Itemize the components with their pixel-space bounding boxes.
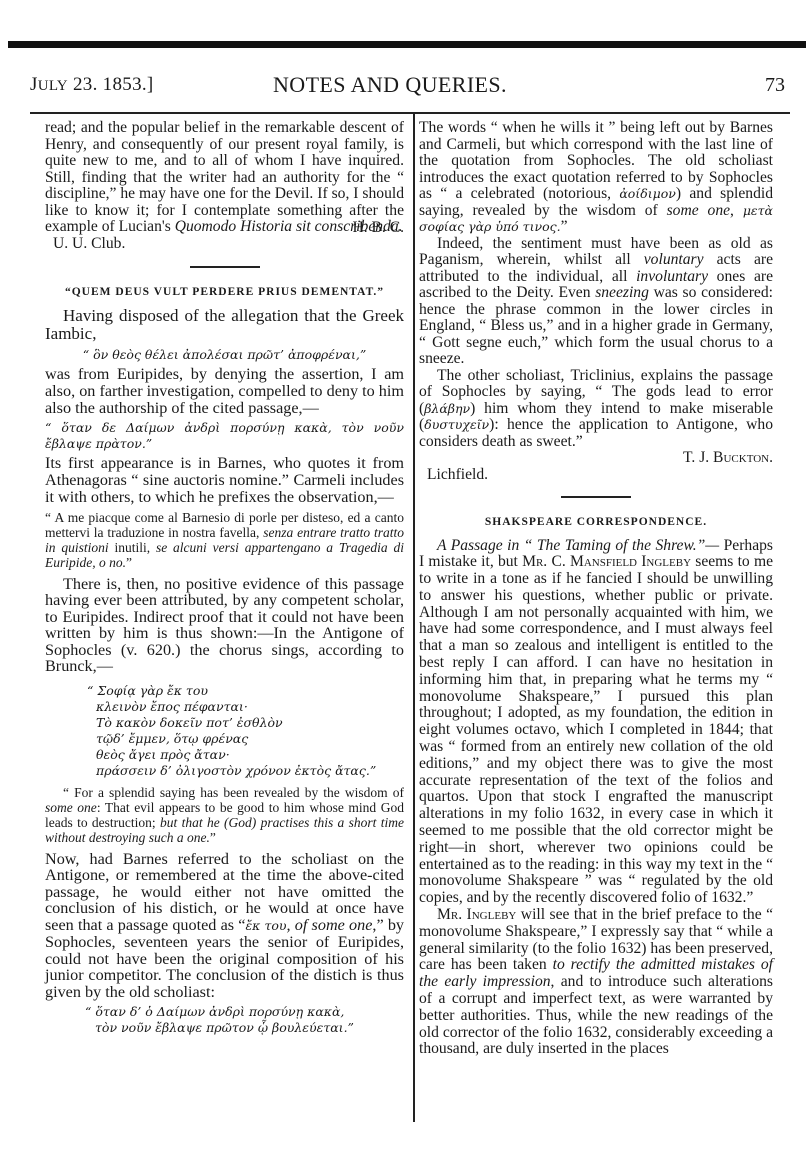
header-rule xyxy=(30,112,790,114)
paragraph: The other scholiast, Triclinius, explain… xyxy=(419,368,773,451)
paragraph: Having disposed of the allegation that t… xyxy=(45,307,404,343)
translation-quote: “ For a splendid saying has been reveale… xyxy=(45,785,404,845)
place-line: U. U. Club. xyxy=(45,236,404,253)
greek-quote: “ ὅταν δε Δαίμων ἀνδρὶ πορσύνῃ κακὰ, τὸν… xyxy=(45,420,404,452)
column-divider xyxy=(413,114,415,1122)
italic-text: A Passage in “ The Taming of the Shrew.”… xyxy=(437,537,719,554)
greek-text: δυστυχεῖν xyxy=(424,417,489,432)
paragraph: Now, had Barnes referred to the scholias… xyxy=(45,851,404,1001)
verse-line: κλεινὸν ἔπος πέφανται· xyxy=(87,699,404,715)
paragraph: was from Euripides, by denying the asser… xyxy=(45,366,404,417)
page-number: 73 xyxy=(765,74,785,97)
place-line: Lichfield. xyxy=(419,467,773,484)
italic-text: sneezing xyxy=(595,284,649,301)
italic-text: , of some one xyxy=(287,916,373,934)
greek-text: βλάβην xyxy=(424,401,470,416)
paragraph: There is, then, no positive evidence of … xyxy=(45,576,404,675)
verse-line: πράσσειν δ’ ὀλιγοστὸν χρόνον ἐκτὸς ἄτας.… xyxy=(87,763,404,779)
paragraph: Its first appearance is in Barnes, who q… xyxy=(45,455,404,506)
text: T. J. B xyxy=(683,449,723,466)
small-caps-text: uckton. xyxy=(723,449,773,466)
paragraph: A Passage in “ The Taming of the Shrew.”… xyxy=(419,538,773,908)
italian-quote: “ A me piacque come al Barnesio di porle… xyxy=(45,510,404,570)
paragraph: read; and the popular belief in the rema… xyxy=(45,120,404,236)
italic-text: some one xyxy=(667,202,730,219)
text: “ For a splendid saying has been reveale… xyxy=(63,785,404,800)
section-title: SHAKSPEARE CORRESPONDENCE. xyxy=(419,514,773,531)
paragraph: The words “ when he wills it ” being lef… xyxy=(419,120,773,236)
small-caps-name: Mr. C. Mansfield Ingleby xyxy=(522,553,691,570)
text: ” xyxy=(210,830,216,845)
text: , xyxy=(730,202,743,219)
top-rule xyxy=(8,41,806,48)
left-column: read; and the popular belief in the rema… xyxy=(45,120,404,1036)
greek-quote: “ ὅταν δ’ ὁ Δαίμων ἀνδρὶ πορσύνῃ κακὰ, τ… xyxy=(85,1004,404,1036)
date-month-rest: ULY xyxy=(38,78,68,94)
greek-text: ἔκ του xyxy=(245,918,286,933)
date-number: 23. 1853.] xyxy=(68,74,154,95)
italic-text: voluntary xyxy=(644,251,704,268)
italic-text: involuntary xyxy=(636,268,708,285)
running-head: JULY 23. 1853.] NOTES AND QUERIES. 73 xyxy=(30,74,785,104)
publication-title: NOTES AND QUERIES. xyxy=(273,72,507,98)
greek-verse: “ Σοφίᾳ γὰρ ἔκ του κλεινὸν ἔπος πέφανται… xyxy=(87,683,404,779)
text: seems to me to write in a tone as if he … xyxy=(419,553,773,906)
section-rule xyxy=(190,266,260,268)
signature: T. J. Buckton. xyxy=(419,450,773,467)
date-initial: J xyxy=(30,74,38,95)
verse-line: “ Σοφίᾳ γὰρ ἔκ του xyxy=(87,683,404,699)
issue-date: JULY 23. 1853.] xyxy=(30,74,154,96)
verse-line: τῷδ’ ἔμμεν, ὅτῳ φρένας xyxy=(87,731,404,747)
text: ” xyxy=(126,555,132,570)
italic-text: some one xyxy=(45,800,97,815)
verse-line: θεὸς ἄγει πρὸς ἄταν· xyxy=(87,747,404,763)
verse-line: τὸν νοῦν ἔβλαψε πρῶτον ᾧ βουλεύεται.” xyxy=(85,1020,404,1036)
paragraph: Mr. Ingleby will see that in the brief p… xyxy=(419,907,773,1058)
section-rule xyxy=(561,496,631,498)
right-column: The words “ when he wills it ” being lef… xyxy=(419,120,773,1058)
text: inutili, xyxy=(109,540,156,555)
small-caps-name: Mr. Ingleby xyxy=(437,906,516,923)
section-title: “QUEM DEUS VULT PERDERE PRIUS DEMENTAT.” xyxy=(45,284,404,301)
greek-text: ἀοίδιμον xyxy=(619,186,676,201)
text: ” xyxy=(561,218,568,235)
greek-quote: “ ὃν θεὸς θέλει ἀπολέσαι πρῶτ’ ἀποφρέναι… xyxy=(45,347,404,364)
paragraph: Indeed, the sentiment must have been as … xyxy=(419,236,773,368)
verse-line: “ ὅταν δ’ ὁ Δαίμων ἀνδρὶ πορσύνῃ κακὰ, xyxy=(85,1004,404,1020)
verse-line: Τὸ κακὸν δοκεῖν ποτ’ ἐσθλὸν xyxy=(87,715,404,731)
